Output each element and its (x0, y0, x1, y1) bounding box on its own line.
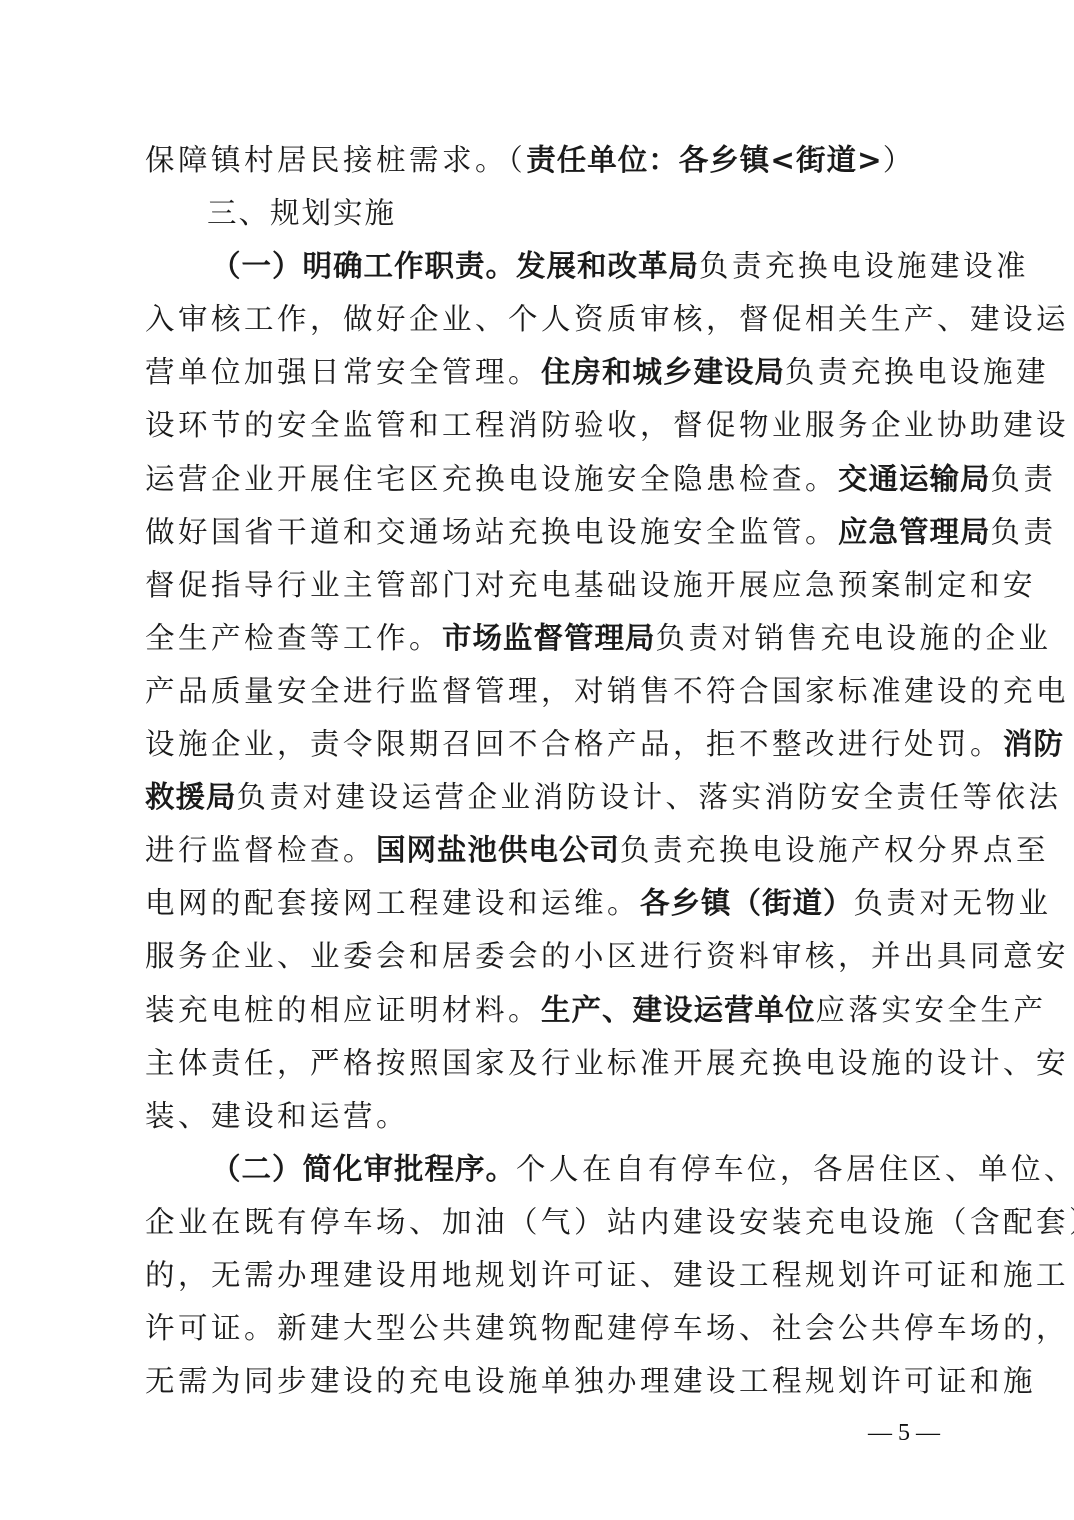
text-run: 装充电桩的相应证明材料。 (145, 993, 541, 1027)
text-line: 做好国省干道和交通场站充换电设施安全监管。应急管理局负责 (145, 506, 940, 559)
text-run: 负责 (991, 515, 1057, 549)
text-line: 装、建设和运营。 (145, 1090, 940, 1143)
text-run: 营单位加强日常安全管理。 (145, 355, 541, 389)
text-run: 负责对销售充电设施的企业 (656, 621, 1052, 655)
bold-phrase: 生产、建设运营单位 (541, 993, 816, 1027)
text-run: 三、规划实施 (207, 196, 396, 230)
text-run: 负责对建设运营企业消防设计、落实消防安全责任等依法 (237, 780, 1062, 814)
text-run: 的，无需办理建设用地规划许可证、建设工程规划许可证和施工 (145, 1258, 1069, 1292)
text-run: 设环节的安全监管和工程消防验收，督促物业服务企业协助建设 (145, 408, 1069, 442)
text-run: 负责 (991, 462, 1057, 496)
text-line: 装充电桩的相应证明材料。生产、建设运营单位应落实安全生产 (145, 984, 940, 1037)
text-run: 装、建设和运营。 (145, 1099, 409, 1133)
bold-phrase: 各乡镇（街道） (640, 886, 854, 920)
text-run: 进行监督检查。 (145, 833, 376, 867)
bold-phrase: 交通运输局 (838, 462, 991, 496)
text-run: 负责充换电设施建设准 (699, 249, 1029, 283)
bold-phrase: 消防 (1003, 727, 1064, 761)
text-line: （一）明确工作职责。发展和改革局负责充换电设施建设准 (145, 240, 940, 293)
text-run: 运营企业开展住宅区充换电设施安全隐患检查。 (145, 462, 838, 496)
text-run: 督促指导行业主管部门对充电基础设施开展应急预案制定和安 (145, 568, 1036, 602)
text-run: 电网的配套接网工程建设和运维。 (145, 886, 640, 920)
text-line: 进行监督检查。国网盐池供电公司负责充换电设施产权分界点至 (145, 824, 940, 877)
text-line: 服务企业、业委会和居委会的小区进行资料审核，并出具同意安 (145, 930, 940, 983)
text-line: 设环节的安全监管和工程消防验收，督促物业服务企业协助建设 (145, 399, 940, 452)
text-line: 的，无需办理建设用地规划许可证、建设工程规划许可证和施工 (145, 1249, 940, 1302)
document-page: 保障镇村居民接桩需求。（责任单位：各乡镇<街道>）三、规划实施（一）明确工作职责… (0, 0, 1074, 1520)
bold-phrase: 责任单位：各乡镇<街道> (526, 143, 882, 177)
text-line: 主体责任，严格按照国家及行业标准开展充换电设施的设计、安 (145, 1037, 940, 1090)
bold-phrase: 住房和城乡建设局 (541, 355, 785, 389)
page-number: — 5 — (868, 1420, 940, 1447)
text-run: 全生产检查等工作。 (145, 621, 442, 655)
bold-phrase: （一）明确工作职责。发展和改革局 (211, 249, 699, 283)
text-run: 负责对无物业 (854, 886, 1052, 920)
text-line: 许可证。新建大型公共建筑物配建停车场、社会公共停车场的， (145, 1302, 940, 1355)
bold-phrase: 救援局 (145, 780, 237, 814)
text-line: 督促指导行业主管部门对充电基础设施开展应急预案制定和安 (145, 559, 940, 612)
bold-phrase: 应急管理局 (838, 515, 991, 549)
text-line: 全生产检查等工作。市场监督管理局负责对销售充电设施的企业 (145, 612, 940, 665)
text-run: 设施企业，责令限期召回不合格产品，拒不整改进行处罚。 (145, 727, 1003, 761)
text-line: 设施企业，责令限期召回不合格产品，拒不整改进行处罚。消防 (145, 718, 940, 771)
text-line: 保障镇村居民接桩需求。（责任单位：各乡镇<街道>） (145, 134, 940, 187)
text-run: 做好国省干道和交通场站充换电设施安全监管。 (145, 515, 838, 549)
text-run: 主体责任，严格按照国家及行业标准开展充换电设施的设计、安 (145, 1046, 1069, 1080)
text-run: ） (883, 143, 916, 177)
text-run: 企业在既有停车场、加油（气）站内建设安装充电设施（含配套） (145, 1205, 1074, 1239)
text-run: 入审核工作，做好企业、个人资质审核，督促相关生产、建设运 (145, 302, 1069, 336)
text-run: 无需为同步建设的充电设施单独办理建设工程规划许可证和施 (145, 1364, 1036, 1398)
text-line: 营单位加强日常安全管理。住房和城乡建设局负责充换电设施建 (145, 346, 940, 399)
text-run: 服务企业、业委会和居委会的小区进行资料审核，并出具同意安 (145, 939, 1069, 973)
text-line: 救援局负责对建设运营企业消防设计、落实消防安全责任等依法 (145, 771, 940, 824)
section-heading: 三、规划实施 (145, 187, 940, 240)
text-run: 产品质量安全进行监督管理，对销售不符合国家标准建设的充电 (145, 674, 1069, 708)
text-line: 产品质量安全进行监督管理，对销售不符合国家标准建设的充电 (145, 665, 940, 718)
text-run: 负责充换电设施建 (785, 355, 1049, 389)
text-run: 应落实安全生产 (816, 993, 1047, 1027)
text-line: 企业在既有停车场、加油（气）站内建设安装充电设施（含配套） (145, 1196, 940, 1249)
text-line: 运营企业开展住宅区充换电设施安全隐患检查。交通运输局负责 (145, 453, 940, 506)
text-line: 无需为同步建设的充电设施单独办理建设工程规划许可证和施 (145, 1355, 940, 1408)
bold-phrase: 市场监督管理局 (442, 621, 656, 655)
text-run: 个人在自有停车位，各居住区、单位、 (516, 1152, 1074, 1186)
text-run: 保障镇村居民接桩需求。（ (145, 143, 526, 177)
bold-phrase: （二）简化审批程序。 (211, 1152, 516, 1186)
text-run: 许可证。新建大型公共建筑物配建停车场、社会公共停车场的， (145, 1311, 1069, 1345)
text-line: 入审核工作，做好企业、个人资质审核，督促相关生产、建设运 (145, 293, 940, 346)
text-line: 电网的配套接网工程建设和运维。各乡镇（街道）负责对无物业 (145, 877, 940, 930)
body-text: 保障镇村居民接桩需求。（责任单位：各乡镇<街道>）三、规划实施（一）明确工作职责… (145, 134, 940, 1408)
text-line: （二）简化审批程序。个人在自有停车位，各居住区、单位、 (145, 1143, 940, 1196)
text-run: 负责充换电设施产权分界点至 (620, 833, 1049, 867)
bold-phrase: 国网盐池供电公司 (376, 833, 620, 867)
